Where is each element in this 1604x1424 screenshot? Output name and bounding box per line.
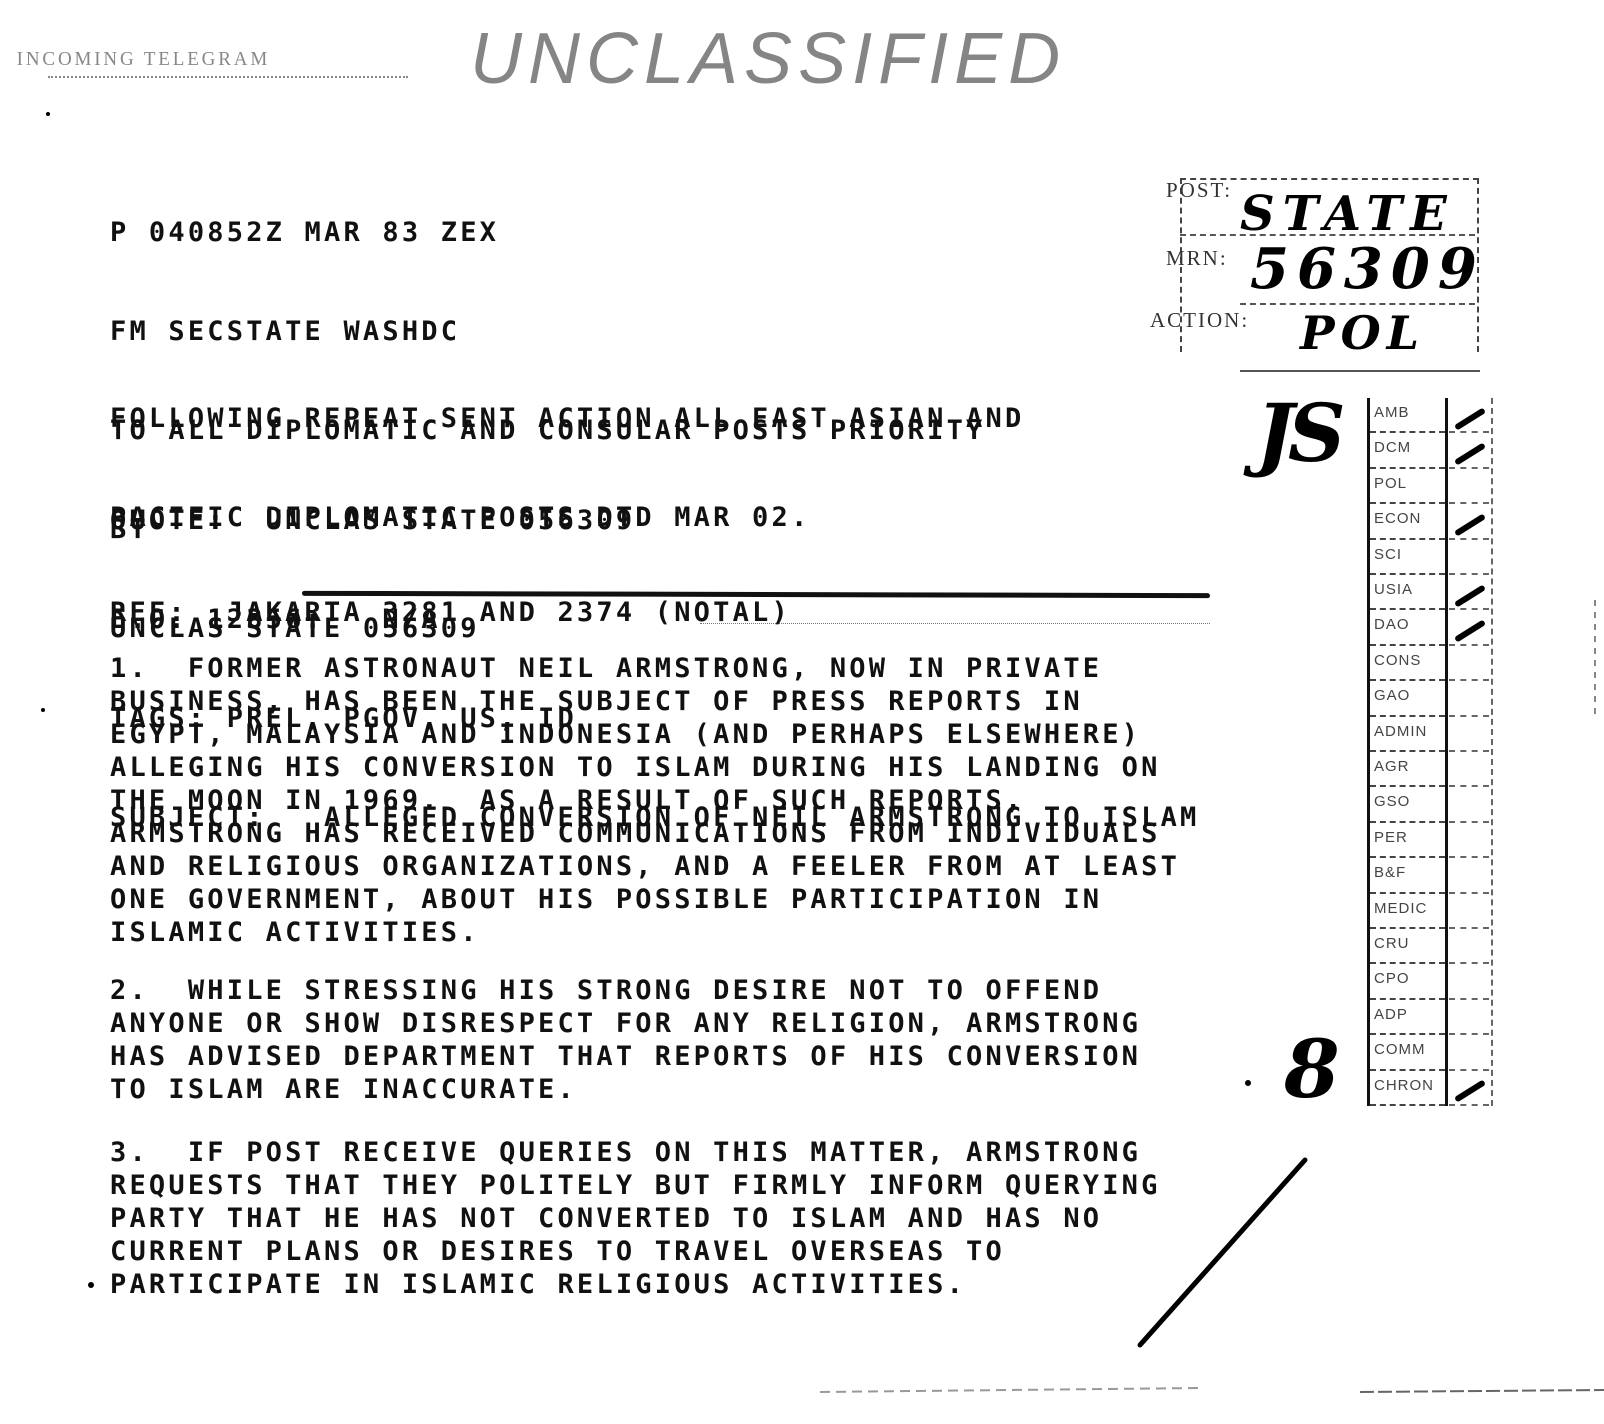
distribution-checks: [1445, 398, 1493, 1106]
paragraph-line: TO ISLAM ARE INACCURATE.: [110, 1073, 1141, 1106]
handwritten-initials: JS: [1256, 386, 1340, 480]
check-row-divider: [1449, 467, 1489, 469]
speck: [88, 1282, 94, 1288]
paragraph-line: 1. FORMER ASTRONAUT NEIL ARMSTRONG, NOW …: [110, 652, 1180, 685]
check-mark-icon: [1454, 584, 1486, 607]
form-name: INCOMING TELEGRAM: [17, 48, 270, 71]
paragraph-line: PARTY THAT HE HAS NOT CONVERTED TO ISLAM…: [110, 1202, 1161, 1235]
speck: [41, 708, 45, 712]
stamp-divider: [1240, 370, 1480, 372]
check-row-divider: [1449, 1104, 1489, 1106]
check-row-divider: [1449, 608, 1489, 610]
paragraph-line: ALLEGING HIS CONVERSION TO ISLAM DURING …: [110, 751, 1180, 784]
check-row-divider: [1449, 1069, 1489, 1071]
paragraph-line: THE MOON IN 1969. AS A RESULT OF SUCH RE…: [110, 784, 1180, 817]
distribution-office: CONS: [1370, 646, 1445, 681]
paragraph-line: BUSINESS, HAS BEEN THE SUBJECT OF PRESS …: [110, 685, 1180, 718]
check-row-divider: [1449, 785, 1489, 787]
mrn-label: MRN:: [1166, 246, 1228, 271]
distribution-office: CHRON: [1370, 1071, 1445, 1106]
distribution-office: ADP: [1370, 1000, 1445, 1035]
distribution-office: DAO: [1370, 610, 1445, 645]
distribution-office: AMB: [1370, 398, 1445, 433]
check-row-divider: [1449, 821, 1489, 823]
distribution-office: GAO: [1370, 681, 1445, 716]
paragraph-line: 3. IF POST RECEIVE QUERIES ON THIS MATTE…: [110, 1136, 1161, 1169]
distribution-office: POL: [1370, 469, 1445, 504]
check-row-divider: [1449, 538, 1489, 540]
dtg-line: P 040852Z MAR 83 ZEX: [110, 216, 986, 249]
paragraph-line: PARTICIPATE IN ISLAMIC RELIGIOUS ACTIVIT…: [110, 1268, 1161, 1301]
paragraph-line: EGYPT, MALAYSIA AND INDONESIA (AND PERHA…: [110, 718, 1180, 751]
check-mark-icon: [1454, 620, 1486, 643]
paragraph-line: ARMSTRONG HAS RECEIVED COMMUNICATIONS FR…: [110, 817, 1180, 850]
paragraph-1: 1. FORMER ASTRONAUT NEIL ARMSTRONG, NOW …: [110, 652, 1180, 949]
check-row-divider: [1449, 644, 1489, 646]
paragraph-line: REQUESTS THAT THEY POLITELY BUT FIRMLY I…: [110, 1169, 1161, 1202]
check-row-divider: [1449, 431, 1489, 433]
paragraph-line: ONE GOVERNMENT, ABOUT HIS POSSIBLE PARTI…: [110, 883, 1180, 916]
distribution-office: ECON: [1370, 504, 1445, 539]
check-mark-icon: [1454, 407, 1486, 430]
handwritten-page-mark: 8: [1284, 1022, 1340, 1116]
paragraph-line: CURRENT PLANS OR DESIRES TO TRAVEL OVERS…: [110, 1235, 1161, 1268]
check-row-divider: [1449, 856, 1489, 858]
check-row-divider: [1449, 962, 1489, 964]
quote-line: QUOTE: UNCLAS STATE 056309: [110, 504, 1200, 537]
distribution-office: ADMIN: [1370, 717, 1445, 752]
classification-stamp: UNCLASSIFIED: [470, 18, 1066, 100]
action-label: ACTION:: [1150, 308, 1249, 333]
form-name-underline: [48, 76, 408, 78]
check-mark-icon: [1454, 443, 1486, 466]
distribution-office: GSO: [1370, 787, 1445, 822]
distribution-office: USIA: [1370, 575, 1445, 610]
paragraph-line: AND RELIGIOUS ORGANIZATIONS, AND A FEELE…: [110, 850, 1180, 883]
paragraph-3: 3. IF POST RECEIVE QUERIES ON THIS MATTE…: [110, 1136, 1161, 1301]
distribution-office: B&F: [1370, 858, 1445, 893]
distribution-office: AGR: [1370, 752, 1445, 787]
intro-line: FOLLOWING REPEAT SENT ACTION ALL EAST AS…: [110, 402, 1024, 435]
paragraph-2: 2. WHILE STRESSING HIS STRONG DESIRE NOT…: [110, 974, 1141, 1106]
check-row-divider: [1449, 573, 1489, 575]
paragraph-line: 2. WHILE STRESSING HIS STRONG DESIRE NOT…: [110, 974, 1141, 1007]
speck: [46, 112, 50, 116]
paragraph-line: ANYONE OR SHOW DISRESPECT FOR ANY RELIGI…: [110, 1007, 1141, 1040]
distribution-office: COMM: [1370, 1035, 1445, 1070]
stamp-divider: [1240, 303, 1475, 305]
check-row-divider: [1449, 502, 1489, 504]
mrn-value: 56309: [1250, 236, 1485, 302]
distribution-office: SCI: [1370, 540, 1445, 575]
check-row-divider: [1449, 679, 1489, 681]
distribution-office: PER: [1370, 823, 1445, 858]
paragraph-line: ISLAMIC ACTIVITIES.: [110, 916, 1180, 949]
check-mark-icon: [1454, 513, 1486, 536]
distribution-office: DCM: [1370, 433, 1445, 468]
paragraph-line: HAS ADVISED DEPARTMENT THAT REPORTS OF H…: [110, 1040, 1141, 1073]
check-row-divider: [1449, 998, 1489, 1000]
check-row-divider: [1449, 1033, 1489, 1035]
distribution-list: AMBDCMPOLECONSCIUSIADAOCONSGAOADMINAGRGS…: [1367, 398, 1448, 1106]
ref-line: REF: JAKARTA 3281 AND 2374 (NOTAL): [110, 596, 791, 629]
distribution-office: CRU: [1370, 929, 1445, 964]
distribution-office: MEDIC: [1370, 894, 1445, 929]
post-label: POST:: [1166, 178, 1232, 203]
check-row-divider: [1449, 750, 1489, 752]
action-value: POL: [1300, 306, 1425, 360]
telegram-page: INCOMING TELEGRAM UNCLASSIFIED P 040852Z…: [0, 0, 1604, 1424]
speck: [1245, 1080, 1251, 1086]
check-row-divider: [1449, 715, 1489, 717]
check-row-divider: [1449, 892, 1489, 894]
distribution-office: CPO: [1370, 964, 1445, 999]
check-mark-icon: [1454, 1080, 1486, 1103]
check-row-divider: [1449, 927, 1489, 929]
